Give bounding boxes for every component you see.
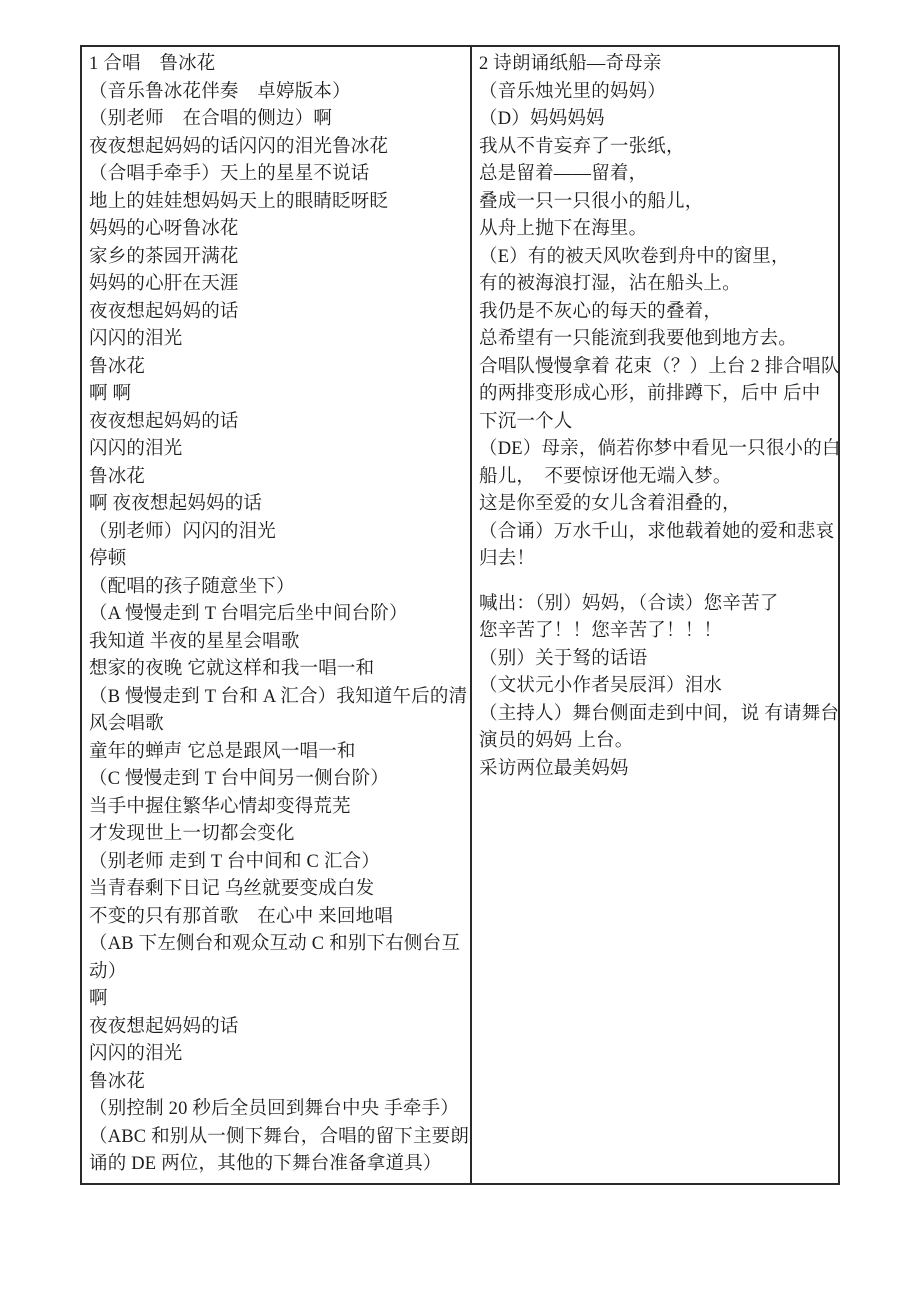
script-line: （主持人）舞台侧面走到中间，说 有请舞台 <box>479 701 833 729</box>
script-line: 停顿 <box>89 546 465 574</box>
script-line: 船儿， 不要惊讶他无端入梦。 <box>479 464 833 492</box>
script-line: 我知道 半夜的星星会唱歌 <box>89 629 465 657</box>
script-line: （音乐烛光里的妈妈） <box>479 79 833 107</box>
script-line: 我从不肯妄弃了一张纸， <box>479 134 833 162</box>
script-line: 演员的妈妈 上台。 <box>479 728 833 756</box>
script-line: 闪闪的泪光 <box>89 436 465 464</box>
script-line: 地上的娃娃想妈妈天上的眼睛眨呀眨 <box>89 189 465 217</box>
script-line: 家乡的茶园开满花 <box>89 244 465 272</box>
script-line: 喊出：（别）妈妈，（合读）您辛苦了 <box>479 591 833 619</box>
script-line: （合唱手牵手）天上的星星不说话 <box>89 161 465 189</box>
script-line: （E）有的被天风吹卷到舟中的窗里， <box>479 244 833 272</box>
script-line: 童年的蝉声 它总是跟风一唱一和 <box>89 739 465 767</box>
script-line: （DE）母亲，倘若你梦中看见一只很小的白 <box>479 436 833 464</box>
script-line: （AB 下左侧台和观众互动 C 和别下右侧台互 <box>89 931 465 959</box>
script-line: 2 诗朗诵纸船—奇母亲 <box>479 51 833 79</box>
script-line: （配唱的孩子随意坐下） <box>89 574 465 602</box>
script-line: 不变的只有那首歌 在心中 来回地唱 <box>89 904 465 932</box>
script-line: 鲁冰花 <box>89 354 465 382</box>
script-line: 动） <box>89 959 465 987</box>
script-line: （文状元小作者吴辰洱）泪水 <box>479 673 833 701</box>
program-script-table: 1 合唱 鲁冰花 （音乐鲁冰花伴奏 卓婷版本） （别老师 在合唱的侧边）啊 夜夜… <box>80 45 840 1185</box>
script-line: 我仍是不灰心的每天的叠着， <box>479 299 833 327</box>
script-line: 夜夜想起妈妈的话闪闪的泪光鲁冰花 <box>89 134 465 162</box>
script-line: （C 慢慢走到 T 台中间另一侧台阶） <box>89 766 465 794</box>
script-line: （B 慢慢走到 T 台和 A 汇合）我知道午后的清 <box>89 684 465 712</box>
script-line: 才发现世上一切都会变化 <box>89 821 465 849</box>
script-line: （别老师）闪闪的泪光 <box>89 519 465 547</box>
program-column-poem: 2 诗朗诵纸船—奇母亲 （音乐烛光里的妈妈） （D）妈妈妈妈 我从不肯妄弃了一张… <box>472 47 838 1183</box>
script-line: 当手中握住繁华心情却变得荒芜 <box>89 794 465 822</box>
script-line: （别老师 走到 T 台中间和 C 汇合） <box>89 849 465 877</box>
script-line: （A 慢慢走到 T 台唱完后坐中间台阶） <box>89 601 465 629</box>
script-line: （合诵）万水千山，求他载着她的爱和悲哀 <box>479 519 833 547</box>
document-page: 1 合唱 鲁冰花 （音乐鲁冰花伴奏 卓婷版本） （别老师 在合唱的侧边）啊 夜夜… <box>0 0 920 1302</box>
script-line: （别控制 20 秒后全员回到舞台中央 手牵手） <box>89 1096 465 1124</box>
script-line: （ABC 和别从一侧下舞台，合唱的留下主要朗 <box>89 1124 465 1152</box>
script-line: （D）妈妈妈妈 <box>479 106 833 134</box>
script-line: 夜夜想起妈妈的话 <box>89 299 465 327</box>
script-line: 夜夜想起妈妈的话 <box>89 1014 465 1042</box>
script-line: （音乐鲁冰花伴奏 卓婷版本） <box>89 79 465 107</box>
script-line: 当青春剩下日记 乌丝就要变成白发 <box>89 876 465 904</box>
script-line: 风会唱歌 <box>89 711 465 739</box>
script-line: 的两排变形成心形，前排蹲下，后中 后中 <box>479 381 833 409</box>
script-line: 有的被海浪打湿，沾在船头上。 <box>479 271 833 299</box>
document-body: { "document": { "background_color": "#ff… <box>0 0 920 1302</box>
script-line: 啊 啊 <box>89 381 465 409</box>
script-line: 归去！ <box>479 546 833 574</box>
script-line: 鲁冰花 <box>89 1069 465 1097</box>
script-line: 夜夜想起妈妈的话 <box>89 409 465 437</box>
script-line: 合唱队慢慢拿着 花束（？）上台 2 排合唱队 <box>479 354 833 382</box>
script-line: 闪闪的泪光 <box>89 326 465 354</box>
script-line: 鲁冰花 <box>89 464 465 492</box>
script-line: 下沉一个人 <box>479 409 833 437</box>
script-line: 1 合唱 鲁冰花 <box>89 51 465 79</box>
script-line: 采访两位最美妈妈 <box>479 756 833 784</box>
program-column-chorus: 1 合唱 鲁冰花 （音乐鲁冰花伴奏 卓婷版本） （别老师 在合唱的侧边）啊 夜夜… <box>82 47 472 1183</box>
script-line: 诵的 DE 两位，其他的下舞台准备拿道具） <box>89 1151 465 1179</box>
script-line: 闪闪的泪光 <box>89 1041 465 1069</box>
script-line: 叠成一只一只很小的船儿， <box>479 189 833 217</box>
script-line: 妈妈的心肝在天涯 <box>89 271 465 299</box>
script-line: 想家的夜晚 它就这样和我一唱一和 <box>89 656 465 684</box>
script-line: （别）关于驽的话语 <box>479 646 833 674</box>
script-line: 啊 夜夜想起妈妈的话 <box>89 491 465 519</box>
script-line: 啊 <box>89 986 465 1014</box>
script-line: 总是留着——留着， <box>479 161 833 189</box>
script-line <box>479 574 833 591</box>
script-line: 这是你至爱的女儿含着泪叠的， <box>479 491 833 519</box>
script-line: 您辛苦了！！您辛苦了！！！ <box>479 618 833 646</box>
script-line: 总希望有一只能流到我要他到地方去。 <box>479 326 833 354</box>
script-line: 从舟上抛下在海里。 <box>479 216 833 244</box>
script-line: 妈妈的心呀鲁冰花 <box>89 216 465 244</box>
script-line: （别老师 在合唱的侧边）啊 <box>89 106 465 134</box>
